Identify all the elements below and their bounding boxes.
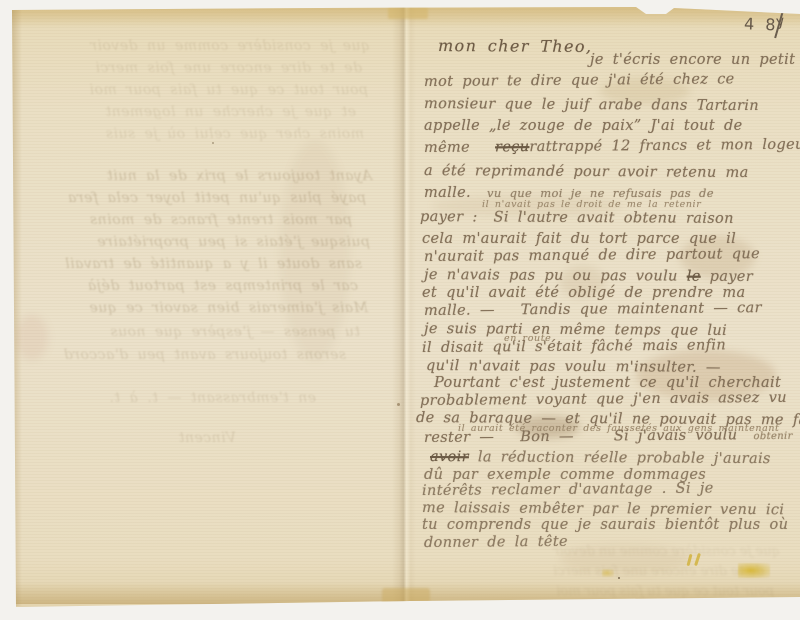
- strikethrough-word: le: [687, 269, 701, 285]
- letter-word: malle.: [424, 185, 471, 201]
- salutation: mon cher Theo,: [438, 38, 593, 55]
- letter-word: la réduction réelle probable j'aurais: [478, 449, 771, 467]
- letter-scan-canvas: { "scan": { "background_color": "#f3f2ee…: [0, 0, 800, 620]
- letter-word: rattrappé 12 francs et mon logeur: [529, 137, 800, 155]
- letter-line: appelle „le zouge de paix” J'ai tout de: [424, 119, 743, 134]
- showthrough-line: et que je cherche un logement: [105, 104, 356, 120]
- letter-line: monsieur que le juif arabe dans Tartarin: [424, 97, 759, 114]
- letter-line: probablement voyant que j'en avais assez…: [420, 391, 787, 409]
- letter-word: payer :: [420, 209, 478, 225]
- right-page-text: mon cher Theo, je t'écris encore un peti…: [412, 0, 800, 620]
- letter-line: a été reprimandé pour avoir retenu ma: [424, 164, 749, 180]
- letter-line: n'aurait pas manqué de dire partout que: [424, 247, 760, 264]
- letter-word: Si l'autre avait obtenu raison: [494, 209, 734, 226]
- showthrough-line: payé plus qu'un petit loyer cela fera: [68, 190, 366, 206]
- letter-line: je t'écris encore un petit: [590, 53, 795, 68]
- showthrough-line: Mais j'aimerais bien savoir ce que: [89, 300, 368, 316]
- letter-line: me laissais embêter par le premier venu …: [422, 501, 784, 518]
- letter-word-small: obtenir: [753, 431, 792, 442]
- letter-line: je n'avais pas pu ou pas voulu le payer: [424, 268, 753, 285]
- letter-word: Tandis que maintenant — car: [521, 300, 762, 318]
- showthrough-line: pour tout ce que tu fais pour moi: [89, 82, 368, 98]
- showthrough-line: moins cher que celui où je suis: [105, 126, 364, 142]
- showthrough-line: en t'embrassant — t. à t.: [109, 390, 316, 406]
- letter-word: Bon —: [520, 429, 574, 445]
- showthrough-signature: Vincent: [178, 430, 236, 446]
- letter-line: cela m'aurait fait du tort parce que il: [422, 232, 736, 247]
- letter-line: malle. —Tandis que maintenant — car: [424, 301, 762, 318]
- archival-number-digits: 4 8: [744, 14, 779, 34]
- letter-word: payer: [710, 269, 753, 285]
- letter-word: même: [424, 140, 470, 156]
- letter-word: malle. —: [424, 302, 495, 319]
- left-page-showthrough: que je considère comme un devoir de te d…: [18, 0, 386, 620]
- letter-line: et qu'il avait été obligé de prendre ma: [422, 286, 745, 301]
- letter-word: rester —: [424, 429, 494, 446]
- letter-line: qu'il n'avait pas voulu m'insulter. —: [426, 359, 721, 375]
- paper-speck: [618, 577, 620, 579]
- showthrough-line: de te dire encore une fois merci: [95, 60, 362, 76]
- yellow-smudge: [738, 563, 770, 578]
- showthrough-line: car le printemps est partout déjà: [87, 278, 358, 294]
- showthrough-line: par mois trente francs de moins: [89, 212, 352, 228]
- letter-line: intérêts reclamer d'avantage . Si je: [422, 481, 714, 498]
- showthrough-line: que je considère comme un devoir: [90, 38, 370, 54]
- showthrough-line: sans doute il y a quantité de travail: [65, 256, 362, 272]
- letter-line: rester —Bon —Si j'avais vouluobtenir: [424, 428, 793, 446]
- showthrough-line: Ayant toujours le prix de la nuit: [107, 168, 372, 184]
- showthrough-line: puisque j'étais si peu propriétaire: [97, 234, 370, 250]
- interlinear-insertion: il n'avait pas le droit de me la retenir: [482, 199, 701, 210]
- letter-line: Pourtant c'est justement ce qu'il cherch…: [434, 376, 781, 391]
- letter-sheet: que je considère comme un devoir de te d…: [0, 0, 800, 620]
- letter-line: il disait qu'il s'était fâché mais enfin: [422, 338, 726, 355]
- paper-speck: [508, 120, 510, 122]
- letter-line: tu comprends que je saurais bientôt plus…: [422, 518, 788, 533]
- letter-word-small: vu que moi je ne refusais pas de: [487, 186, 714, 200]
- showthrough-line: tu penses — j'espère que nous: [110, 324, 360, 340]
- yellow-smudge: [602, 569, 614, 577]
- showthrough-line: serons toujours avant peu d'accord: [63, 347, 346, 363]
- letter-line: mot pour te dire que j'ai été chez ce: [424, 72, 735, 89]
- letter-word: Si j'avais voulu: [614, 427, 738, 444]
- letter-line: donner de la tête: [424, 535, 568, 551]
- archival-number: 4 8y: [744, 14, 788, 35]
- strikethrough-word: reçu: [495, 139, 530, 155]
- margin-dot: [397, 403, 400, 406]
- paper-speck: [212, 142, 214, 144]
- letter-line: payer :Si l'autre avait obtenu raison: [420, 210, 734, 226]
- letter-line: je suis parti en même temps que lui: [424, 322, 727, 338]
- letter-word: je n'avais pas pu ou pas voulu: [424, 267, 678, 285]
- letter-line: même reçurattrappé 12 francs et mon loge…: [424, 138, 800, 156]
- strikethrough-word: avoir: [430, 449, 469, 465]
- letter-line: avoir la réduction réelle probable j'aur…: [430, 450, 771, 467]
